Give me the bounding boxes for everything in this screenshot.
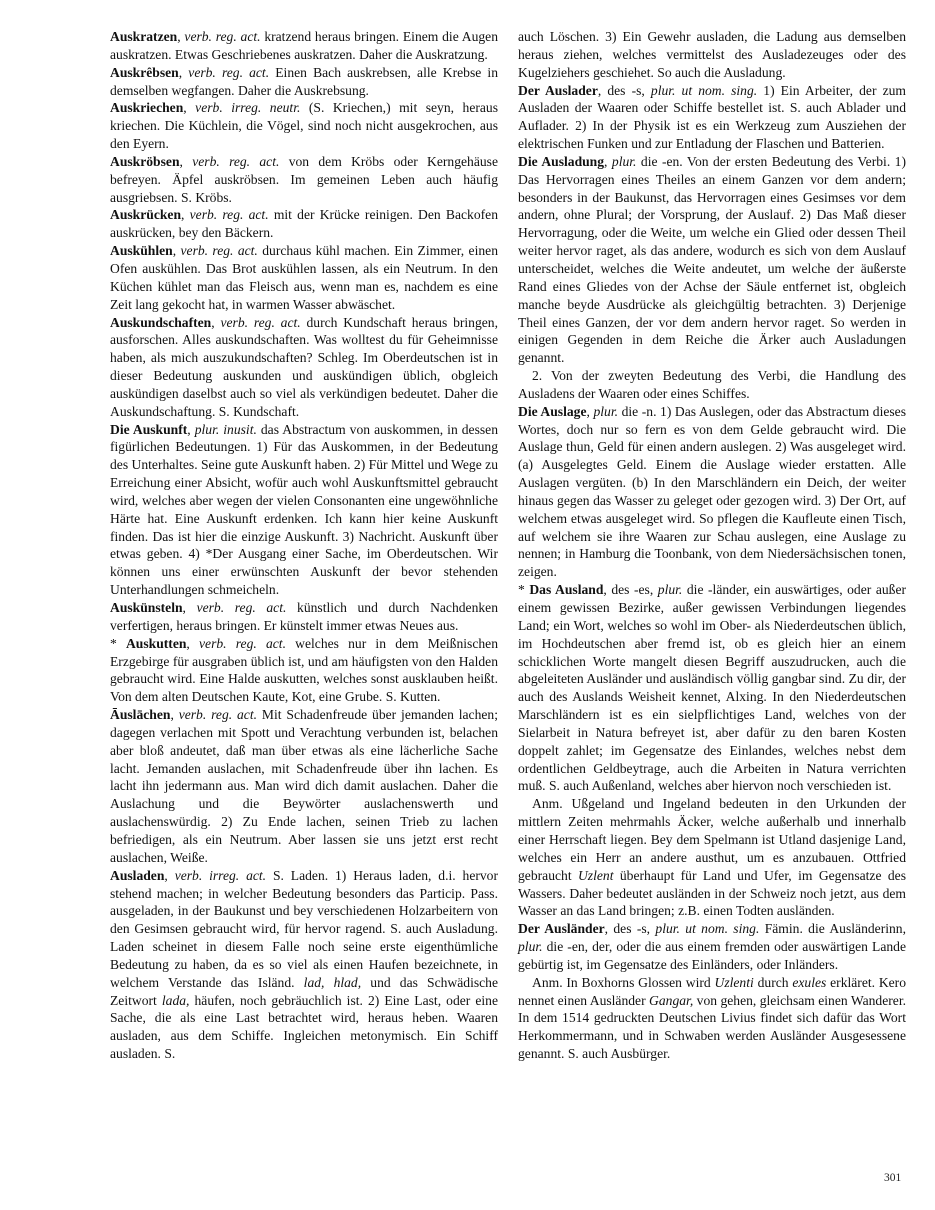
- italic-term: lada,: [162, 993, 190, 1008]
- definition: Mit Schadenfreude über jemanden lachen; …: [110, 707, 498, 865]
- headword: Die Ausladung: [518, 154, 604, 169]
- headword: Ausladen: [110, 868, 164, 883]
- definition: die -länder, ein auswärtiges, oder außer…: [518, 582, 906, 793]
- separator: ,: [187, 422, 194, 437]
- headword: Auskundschaften: [110, 315, 211, 330]
- headword: Auskrücken: [110, 207, 181, 222]
- separator: , des -s,: [598, 83, 651, 98]
- entry-auskuehlen: Auskühlen, verb. reg. act. durchaus kühl…: [110, 242, 498, 313]
- left-column: Auskratzen, verb. reg. act. kratzend her…: [110, 28, 498, 1063]
- separator: ,: [183, 100, 195, 115]
- annotation: Anm. Ußgeland und Ingeland bedeuten in d…: [518, 796, 906, 918]
- grammar-label: verb. reg. act.: [179, 707, 257, 722]
- headword: Auskünsteln: [110, 600, 183, 615]
- headword: Auskühlen: [110, 243, 173, 258]
- headword: Auskriechen: [110, 100, 183, 115]
- definition: das Abstractum von auskommen, in dessen …: [110, 422, 498, 598]
- entry-auskratzen: Auskratzen, verb. reg. act. kratzend her…: [110, 28, 498, 64]
- right-column: auch Löschen. 3) Ein Gewehr ausladen, di…: [518, 28, 906, 1063]
- grammar-label: verb. reg. act.: [184, 29, 260, 44]
- grammar-label: verb. reg. act.: [220, 315, 300, 330]
- definition: durch Kundschaft heraus bringen, ausfors…: [110, 315, 498, 419]
- headword: Der Ausländer: [518, 921, 605, 936]
- separator: , des -es,: [603, 582, 657, 597]
- grammar-label: plur.: [612, 154, 637, 169]
- headword: Das Ausland: [529, 582, 603, 597]
- entry-marker: *: [110, 636, 126, 651]
- entry-marker: *: [518, 582, 529, 597]
- grammar-label: verb. reg. act.: [197, 600, 287, 615]
- entry-ausladen-continued: auch Löschen. 3) Ein Gewehr ausladen, di…: [518, 28, 906, 82]
- italic-term: Uzlent: [578, 868, 614, 883]
- grammar-label: verb. irreg. neutr.: [195, 100, 300, 115]
- grammar-label: plur. ut nom. sing.: [655, 921, 759, 936]
- headword: Auskutten: [126, 636, 186, 651]
- headword: Die Auslage: [518, 404, 587, 419]
- separator: ,: [183, 600, 197, 615]
- entry-auskrebsen: Auskrêbsen, verb. reg. act. Einen Bach a…: [110, 64, 498, 100]
- definition: 2. Von der zweyten Bedeutung des Verbi, …: [518, 368, 906, 401]
- separator: ,: [173, 243, 181, 258]
- separator: ,: [180, 154, 193, 169]
- text-run: durch: [754, 975, 793, 990]
- grammar-label: verb. reg. act.: [190, 207, 269, 222]
- definition: die -en. Von der ersten Bedeutung des Ve…: [518, 154, 906, 365]
- entry-auslader: Der Auslader, des -s, plur. ut nom. sing…: [518, 82, 906, 153]
- separator: ,: [164, 868, 174, 883]
- entry-ausladung-sense-2: 2. Von der zweyten Bedeutung des Verbi, …: [518, 367, 906, 403]
- separator: ,: [170, 707, 178, 722]
- headword: Auskrêbsen: [110, 65, 179, 80]
- italic-term: exules: [792, 975, 826, 990]
- entry-auslaender-note: Anm. In Boxhorns Glossen wird Uzlenti du…: [518, 974, 906, 1063]
- italic-term: Gangar,: [649, 993, 693, 1008]
- entry-auskriechen: Auskriechen, verb. irreg. neutr. (S. Kri…: [110, 99, 498, 153]
- entry-auslage: Die Auslage, plur. die -n. 1) Das Ausleg…: [518, 403, 906, 581]
- headword: Auskratzen: [110, 29, 177, 44]
- definition: auch Löschen. 3) Ein Gewehr ausladen, di…: [518, 29, 906, 80]
- text-run: die -en, der, oder die aus einem fremden…: [518, 939, 906, 972]
- grammar-label: verb. reg. act.: [181, 243, 258, 258]
- entry-auslachen: Āuslāchen, verb. reg. act. Mit Schadenfr…: [110, 706, 498, 867]
- separator: ,: [604, 154, 612, 169]
- definition: die -n. 1) Das Auslegen, oder das Abstra…: [518, 404, 906, 580]
- headword: Āuslāchen: [110, 707, 170, 722]
- grammar-label: verb. reg. act.: [188, 65, 269, 80]
- entry-ausland-note: Anm. Ußgeland und Ingeland bedeuten in d…: [518, 795, 906, 920]
- text-run: Anm. In Boxhorns Glossen wird: [532, 975, 715, 990]
- entry-auskundschaften: Auskundschaften, verb. reg. act. durch K…: [110, 314, 498, 421]
- entry-auskruecken: Auskrücken, verb. reg. act. mit der Krüc…: [110, 206, 498, 242]
- grammar-label: plur. ut nom. sing.: [651, 83, 757, 98]
- grammar-label: verb. irreg. act.: [175, 868, 266, 883]
- separator: ,: [186, 636, 199, 651]
- grammar-label: plur. inusit.: [195, 422, 257, 437]
- text-run: S. Laden. 1) Heraus laden, d.i. hervor s…: [110, 868, 498, 990]
- entry-auslaender: Der Ausländer, des -s, plur. ut nom. sin…: [518, 920, 906, 974]
- separator: , des -s,: [605, 921, 656, 936]
- text-run: Fämin. die Ausländerinn,: [759, 921, 906, 936]
- grammar-label: plur.: [593, 404, 618, 419]
- entry-ausland: * Das Ausland, des -es, plur. die -lände…: [518, 581, 906, 795]
- italic-term: plur.: [518, 939, 543, 954]
- separator: ,: [181, 207, 190, 222]
- entry-auskutten: * Auskutten, verb. reg. act. welches nur…: [110, 635, 498, 706]
- entry-auskuensteln: Auskünsteln, verb. reg. act. künstlich u…: [110, 599, 498, 635]
- entry-ausladen: Ausladen, verb. irreg. act. S. Laden. 1)…: [110, 867, 498, 1063]
- italic-term: Uzlenti: [715, 975, 754, 990]
- grammar-label: plur.: [658, 582, 683, 597]
- headword: Auskröbsen: [110, 154, 180, 169]
- definition: S. Laden. 1) Heraus laden, d.i. hervor s…: [110, 868, 498, 1061]
- entry-auskroebsen: Auskröbsen, verb. reg. act. von dem Kröb…: [110, 153, 498, 207]
- annotation: Anm. In Boxhorns Glossen wird Uzlenti du…: [518, 975, 906, 1061]
- headword: Die Auskunft: [110, 422, 187, 437]
- entry-ausladung: Die Ausladung, plur. die -en. Von der er…: [518, 153, 906, 367]
- page-number: 301: [884, 1172, 901, 1184]
- grammar-label: verb. reg. act.: [199, 636, 286, 651]
- headword: Der Auslader: [518, 83, 598, 98]
- italic-term: lad, hlad,: [304, 975, 361, 990]
- entry-auskunft: Die Auskunft, plur. inusit. das Abstract…: [110, 421, 498, 599]
- separator: ,: [179, 65, 189, 80]
- grammar-label: verb. reg. act.: [192, 154, 279, 169]
- dictionary-page: Auskratzen, verb. reg. act. kratzend her…: [0, 0, 935, 1210]
